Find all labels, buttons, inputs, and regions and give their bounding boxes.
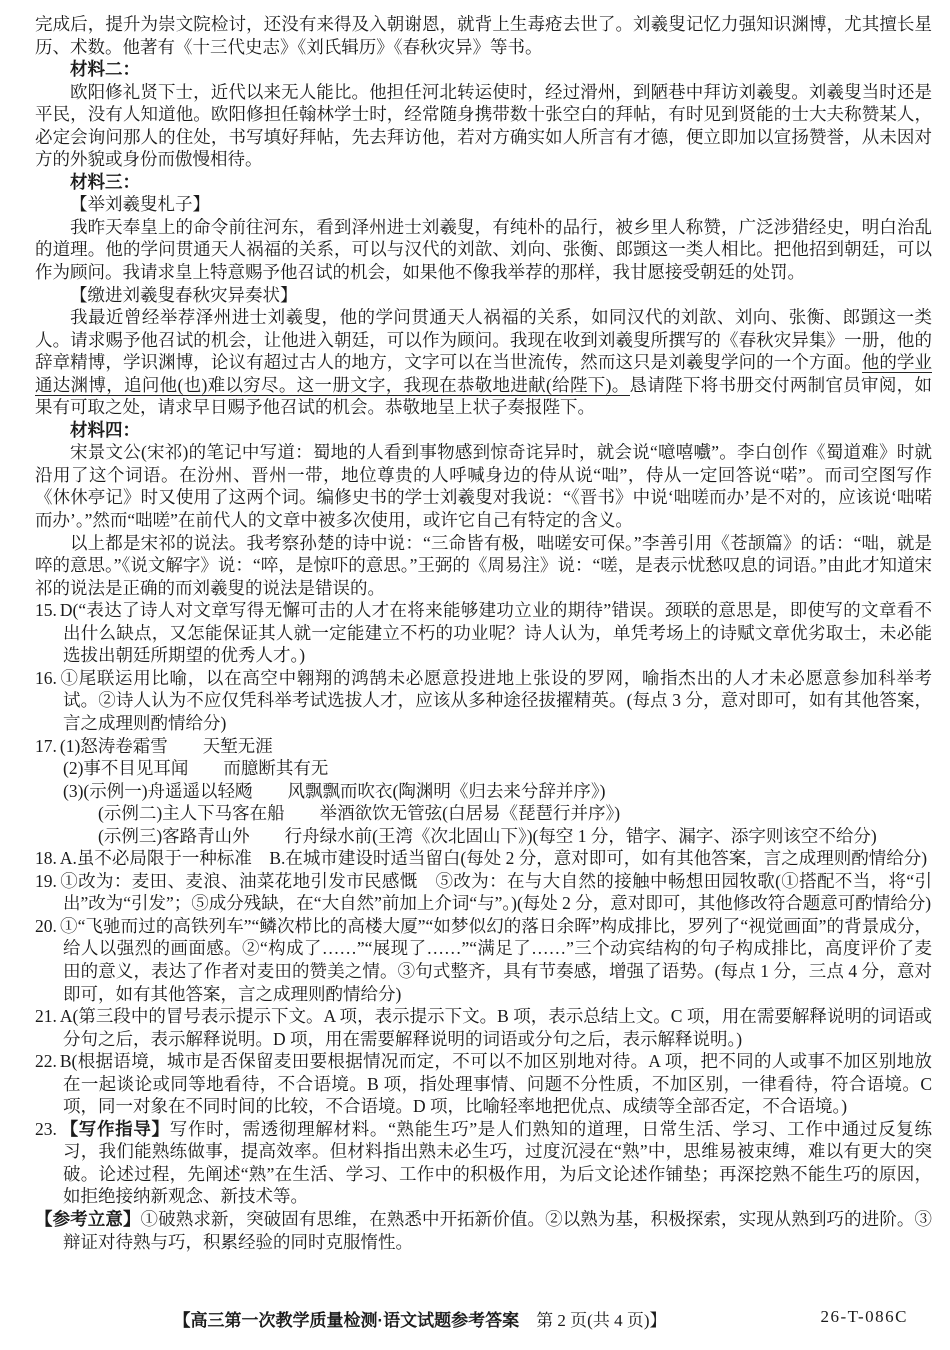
answer-item-17: 17.(1)怒涛卷霜雪 天堑无涯 (35, 735, 932, 758)
item-number: 15. (35, 600, 57, 620)
text-segment: (2)事不目见耳闻 而臆断其有无 (63, 758, 328, 778)
bold-label: 【写作指导】 (60, 1119, 170, 1139)
text-segment: (示例二)主人下马客在船 举酒欲饮无管弦(白居易《琵琶行并序》) (98, 803, 620, 823)
footer-page-number: 第 2 页(共 4 页)】 (519, 1311, 666, 1330)
answer-item-21: 21.A(第三段中的冒号表示提示下文。A 项，表示提示下文。B 项，表示总结上文… (35, 1005, 932, 1050)
text-segment: ①“飞驰而过的高铁列车”“鳞次栉比的高楼大厦”“如梦似幻的落日余晖”构成排比，罗… (60, 916, 932, 1004)
item-number: 21. (35, 1006, 57, 1026)
text-segment: 以上都是宋祁的说法。我考察孙楚的诗中说：“三命皆有极，咄嗟安可保。”李善引用《苍… (35, 533, 932, 598)
material-4-body-1: 宋景文公(宋祁)的笔记中写道：蜀地的人看到事物感到惊奇诧异时，就会说“噫嘻嚱”。… (35, 441, 932, 531)
text-segment: ①尾联运用比喻，以在高空中翱翔的鸿鹄未必愿意投进地上张设的罗网，喻指杰出的人才未… (60, 668, 932, 733)
material-2-heading: 材料二： (70, 58, 932, 81)
answer-item-17-3c: (示例三)客路青山外 行舟绿水前(王湾《次北固山下》)(每空 1 分，错字、漏字… (98, 825, 932, 848)
item-number: 20. (35, 916, 57, 936)
text-segment: 宋景文公(宋祁)的笔记中写道：蜀地的人看到事物感到惊奇诧异时，就会说“噫嘻嚱”。… (35, 442, 932, 530)
text-segment: 写作时，需透彻理解材料。“熟能生巧”是人们熟知的道理，日常生活、学习、工作中通过… (63, 1119, 932, 1207)
item-number: 16. (35, 668, 57, 688)
footer-paper-code: 26-T-086C (821, 1307, 909, 1327)
text-segment: 材料二： (70, 59, 140, 79)
answer-item-19: 19.①改为：麦田、麦浪、油菜花地引发市民感慨 ⑤改为：在与大自然的接触中畅想田… (35, 870, 932, 915)
item-number: 22. (35, 1051, 57, 1071)
text-segment: (3)(示例一)舟遥遥以轻飏 风飘飘而吹衣(陶渊明《归去来兮辞并序》) (63, 781, 605, 801)
subtitle-jiaojin-zouzhuang: 【缴进刘羲叟春秋灾异奏状】 (70, 284, 932, 307)
item-number: 23. (35, 1119, 57, 1139)
text-segment: ①破熟求新，突破固有思维，在熟悉中开拓新价值。②以熟为基，积极探索，实现从熟到巧… (63, 1209, 932, 1252)
text-segment: 【缴进刘羲叟春秋灾异奏状】 (70, 285, 298, 305)
answer-item-16: 16.①尾联运用比喻，以在高空中翱翔的鸿鹄未必愿意投进地上张设的罗网，喻指杰出的… (35, 667, 932, 735)
bold-label: 【参考立意】 (35, 1209, 141, 1229)
text-segment: (1)怒涛卷霜雪 天堑无涯 (60, 736, 273, 756)
answer-item-17-3: (3)(示例一)舟遥遥以轻飏 风飘飘而吹衣(陶渊明《归去来兮辞并序》) (63, 780, 932, 803)
exam-answer-page: { "document": { "paragraphs": [ {"cls":"… (0, 0, 950, 1350)
answer-item-17-3b: (示例二)主人下马客在船 举酒欲饮无管弦(白居易《琵琶行并序》) (98, 802, 932, 825)
text-segment: 我昨天奉皇上的命令前往河东，看到泽州进士刘羲叟，有纯朴的品行，被乡里人称赞，广泛… (35, 217, 932, 282)
text-segment: 材料四： (70, 420, 140, 440)
material-3-heading: 材料三： (70, 171, 932, 194)
text-segment: 【举刘羲叟札子】 (70, 194, 210, 214)
text-segment: D(“表达了诗人对文章写得无懈可击的人才在将来能够建功立业的期待”错误。颈联的意… (60, 600, 932, 665)
subtitle-ju-zhazi: 【举刘羲叟札子】 (70, 193, 932, 216)
material-3-body-1: 我昨天奉皇上的命令前往河东，看到泽州进士刘羲叟，有纯朴的品行，被乡里人称赞，广泛… (35, 216, 932, 284)
answer-item-20: 20.①“飞驰而过的高铁列车”“鳞次栉比的高楼大厦”“如梦似幻的落日余晖”构成排… (35, 915, 932, 1005)
answer-item-23: 23.【写作指导】写作时，需透彻理解材料。“熟能生巧”是人们熟知的道理，日常生活… (35, 1118, 932, 1208)
text-segment: 欧阳修礼贤下士，近代以来无人能比。他担任河北转运使时，经过滑州，到陋巷中拜访刘羲… (35, 82, 932, 170)
item-number: 19. (35, 871, 57, 891)
item-number: 18. (35, 848, 57, 868)
text-segment: ①改为：麦田、麦浪、油菜花地引发市民感慨 ⑤改为：在与大自然的接触中畅想田园牧歌… (60, 871, 932, 914)
page-footer: 【高三第一次教学质量检测·语文试题参考答案 第 2 页(共 4 页)】 26-T… (0, 1306, 950, 1336)
answer-item-22: 22.B(根据语境，城市是否保留麦田要根据情况而定，不可以不加区别地对待。A 项… (35, 1050, 932, 1118)
text-segment: 完成后，提升为崇文院检讨，还没有来得及入朝谢恩，就背上生毒疮去世了。刘羲叟记忆力… (35, 14, 932, 57)
text-segment: 我最近曾经举荐泽州进士刘羲叟，他的学问贯通天人祸福的关系，如同汉代的刘歆、刘向、… (35, 307, 932, 372)
text-segment: A(第三段中的冒号表示提示下文。A 项，表示提示下文。B 项，表示总结上文。C … (60, 1006, 932, 1049)
item-number: 17. (35, 736, 57, 756)
answer-item-15: 15.D(“表达了诗人对文章写得无懈可击的人才在将来能够建功立业的期待”错误。颈… (35, 599, 932, 667)
material-4-body-2: 以上都是宋祁的说法。我考察孙楚的诗中说：“三命皆有极，咄嗟安可保。”李善引用《苍… (35, 532, 932, 600)
text-segment: (示例三)客路青山外 行舟绿水前(王湾《次北固山下》)(每空 1 分，错字、漏字… (98, 826, 877, 846)
answer-item-18: 18.A.虽不必局限于一种标准 B.在城市建设时适当留白(每处 2 分，意对即可… (35, 847, 932, 870)
paragraph-continued: 完成后，提升为崇文院检讨，还没有来得及入朝谢恩，就背上生毒疮去世了。刘羲叟记忆力… (35, 13, 932, 58)
answer-item-23-intents: 【参考立意】①破熟求新，突破固有思维，在熟悉中开拓新价值。②以熟为基，积极探索，… (35, 1208, 932, 1253)
material-4-heading: 材料四： (70, 419, 932, 442)
material-3-body-2: 我最近曾经举荐泽州进士刘羲叟，他的学问贯通天人祸福的关系，如同汉代的刘歆、刘向、… (35, 306, 932, 419)
material-2-body: 欧阳修礼贤下士，近代以来无人能比。他担任河北转运使时，经过滑州，到陋巷中拜访刘羲… (35, 81, 932, 171)
text-segment: A.虽不必局限于一种标准 B.在城市建设时适当留白(每处 2 分，意对即可，如有… (60, 848, 927, 868)
answer-item-17-2: (2)事不目见耳闻 而臆断其有无 (63, 757, 932, 780)
footer-center: 【高三第一次教学质量检测·语文试题参考答案 第 2 页(共 4 页)】 (0, 1306, 840, 1331)
footer-exam-title: 【高三第一次教学质量检测·语文试题参考答案 (174, 1311, 520, 1330)
document-body: 完成后，提升为崇文院检讨，还没有来得及入朝谢恩，就背上生毒疮去世了。刘羲叟记忆力… (35, 13, 932, 1253)
text-segment: B(根据语境，城市是否保留麦田要根据情况而定，不可以不加区别地对待。A 项，把不… (60, 1051, 932, 1116)
text-segment: 材料三： (70, 172, 140, 192)
